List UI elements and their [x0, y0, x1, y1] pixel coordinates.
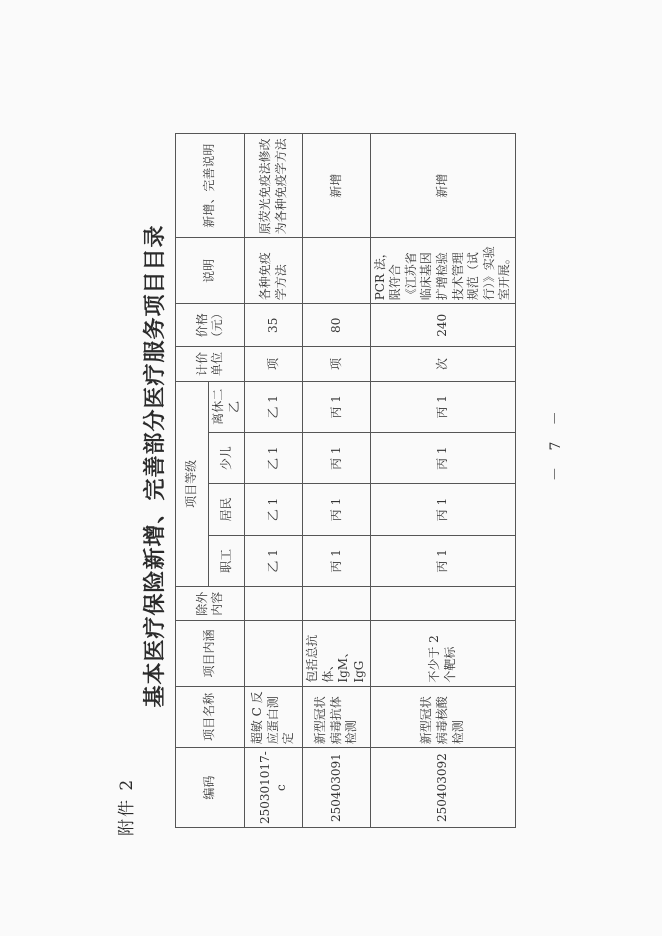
- cell-level: 乙 1: [245, 432, 303, 483]
- cell-level: 丙 1: [303, 484, 370, 535]
- header-price: 价格（元）: [176, 304, 245, 347]
- cell-level: 丙 1: [303, 381, 370, 432]
- service-items-table: 编码 项目名称 项目内涵 除外内容 项目等级 计价单位 价格（元） 说明 新增、…: [175, 133, 516, 828]
- cell-exclusion: [303, 587, 370, 621]
- table-header-row: 编码 项目名称 项目内涵 除外内容 项目等级 计价单位 价格（元） 说明 新增、…: [176, 134, 209, 828]
- header-description: 说明: [176, 238, 245, 304]
- header-unit: 计价单位: [176, 347, 245, 381]
- cell-code: 250403091: [303, 748, 370, 828]
- cell-content: 包括总抗体、IgM、IgG: [303, 621, 370, 686]
- header-name: 项目名称: [176, 686, 245, 748]
- cell-content: [245, 621, 303, 686]
- page-number: － 7 －: [545, 405, 565, 481]
- cell-unit: 项: [303, 347, 370, 381]
- cell-exclusion: [245, 587, 303, 621]
- cell-description: PCR 法，限符合《江苏省临床基因扩增检验技术管理规范（试行）》实验室开展。: [370, 238, 515, 304]
- cell-name: 新型冠状病毒核酸检测: [370, 686, 515, 748]
- cell-unit: 次: [370, 347, 515, 381]
- document-title: 基本医疗保险新增、完善部分医疗服务项目目录: [138, 146, 169, 786]
- cell-level: 丙 1: [370, 381, 515, 432]
- cell-price: 35: [245, 304, 303, 347]
- cell-level: 乙 1: [245, 484, 303, 535]
- cell-level: 丙 1: [303, 535, 370, 586]
- header-level-child: 少儿: [209, 432, 245, 483]
- cell-description: 各种免疫学方法: [245, 238, 303, 304]
- table-row: 250403092 新型冠状病毒核酸检测 不少于 2 个靶标 丙 1 丙 1 丙…: [370, 134, 515, 828]
- header-content: 项目内涵: [176, 621, 245, 686]
- cell-note: 原荧光免疫法修改为各种免疫学方法: [245, 134, 303, 238]
- document-page: 附件 2 基本医疗保险新增、完善部分医疗服务项目目录 编码 项目名称 项目内涵 …: [0, 0, 662, 936]
- cell-level: 乙 1: [245, 535, 303, 586]
- header-level-resident: 居民: [209, 484, 245, 535]
- cell-content: 不少于 2 个靶标: [370, 621, 515, 686]
- cell-note: 新增: [370, 134, 515, 238]
- cell-level: 丙 1: [370, 535, 515, 586]
- cell-price: 240: [370, 304, 515, 347]
- header-level-retired: 离休二乙: [209, 381, 245, 432]
- cell-unit: 项: [245, 347, 303, 381]
- cell-level: 丙 1: [370, 432, 515, 483]
- header-code: 编码: [176, 748, 245, 828]
- header-level-group: 项目等级: [176, 381, 209, 586]
- cell-level: 丙 1: [303, 432, 370, 483]
- cell-level: 丙 1: [370, 484, 515, 535]
- header-exclusion: 除外内容: [176, 587, 245, 621]
- cell-name: 新型冠状病毒抗体检测: [303, 686, 370, 748]
- cell-price: 80: [303, 304, 370, 347]
- header-note: 新增、完善说明: [176, 134, 245, 238]
- cell-code: 250301017-c: [245, 748, 303, 828]
- header-level-employee: 职工: [209, 535, 245, 586]
- attachment-label: 附件 2: [112, 778, 137, 836]
- cell-name: 超敏 C 反应蛋白测定: [245, 686, 303, 748]
- cell-level: 乙 1: [245, 381, 303, 432]
- cell-code: 250403092: [370, 748, 515, 828]
- cell-exclusion: [370, 587, 515, 621]
- cell-description: [303, 238, 370, 304]
- table-row: 250301017-c 超敏 C 反应蛋白测定 乙 1 乙 1 乙 1 乙 1 …: [245, 134, 303, 828]
- cell-note: 新增: [303, 134, 370, 238]
- table-row: 250403091 新型冠状病毒抗体检测 包括总抗体、IgM、IgG 丙 1 丙…: [303, 134, 370, 828]
